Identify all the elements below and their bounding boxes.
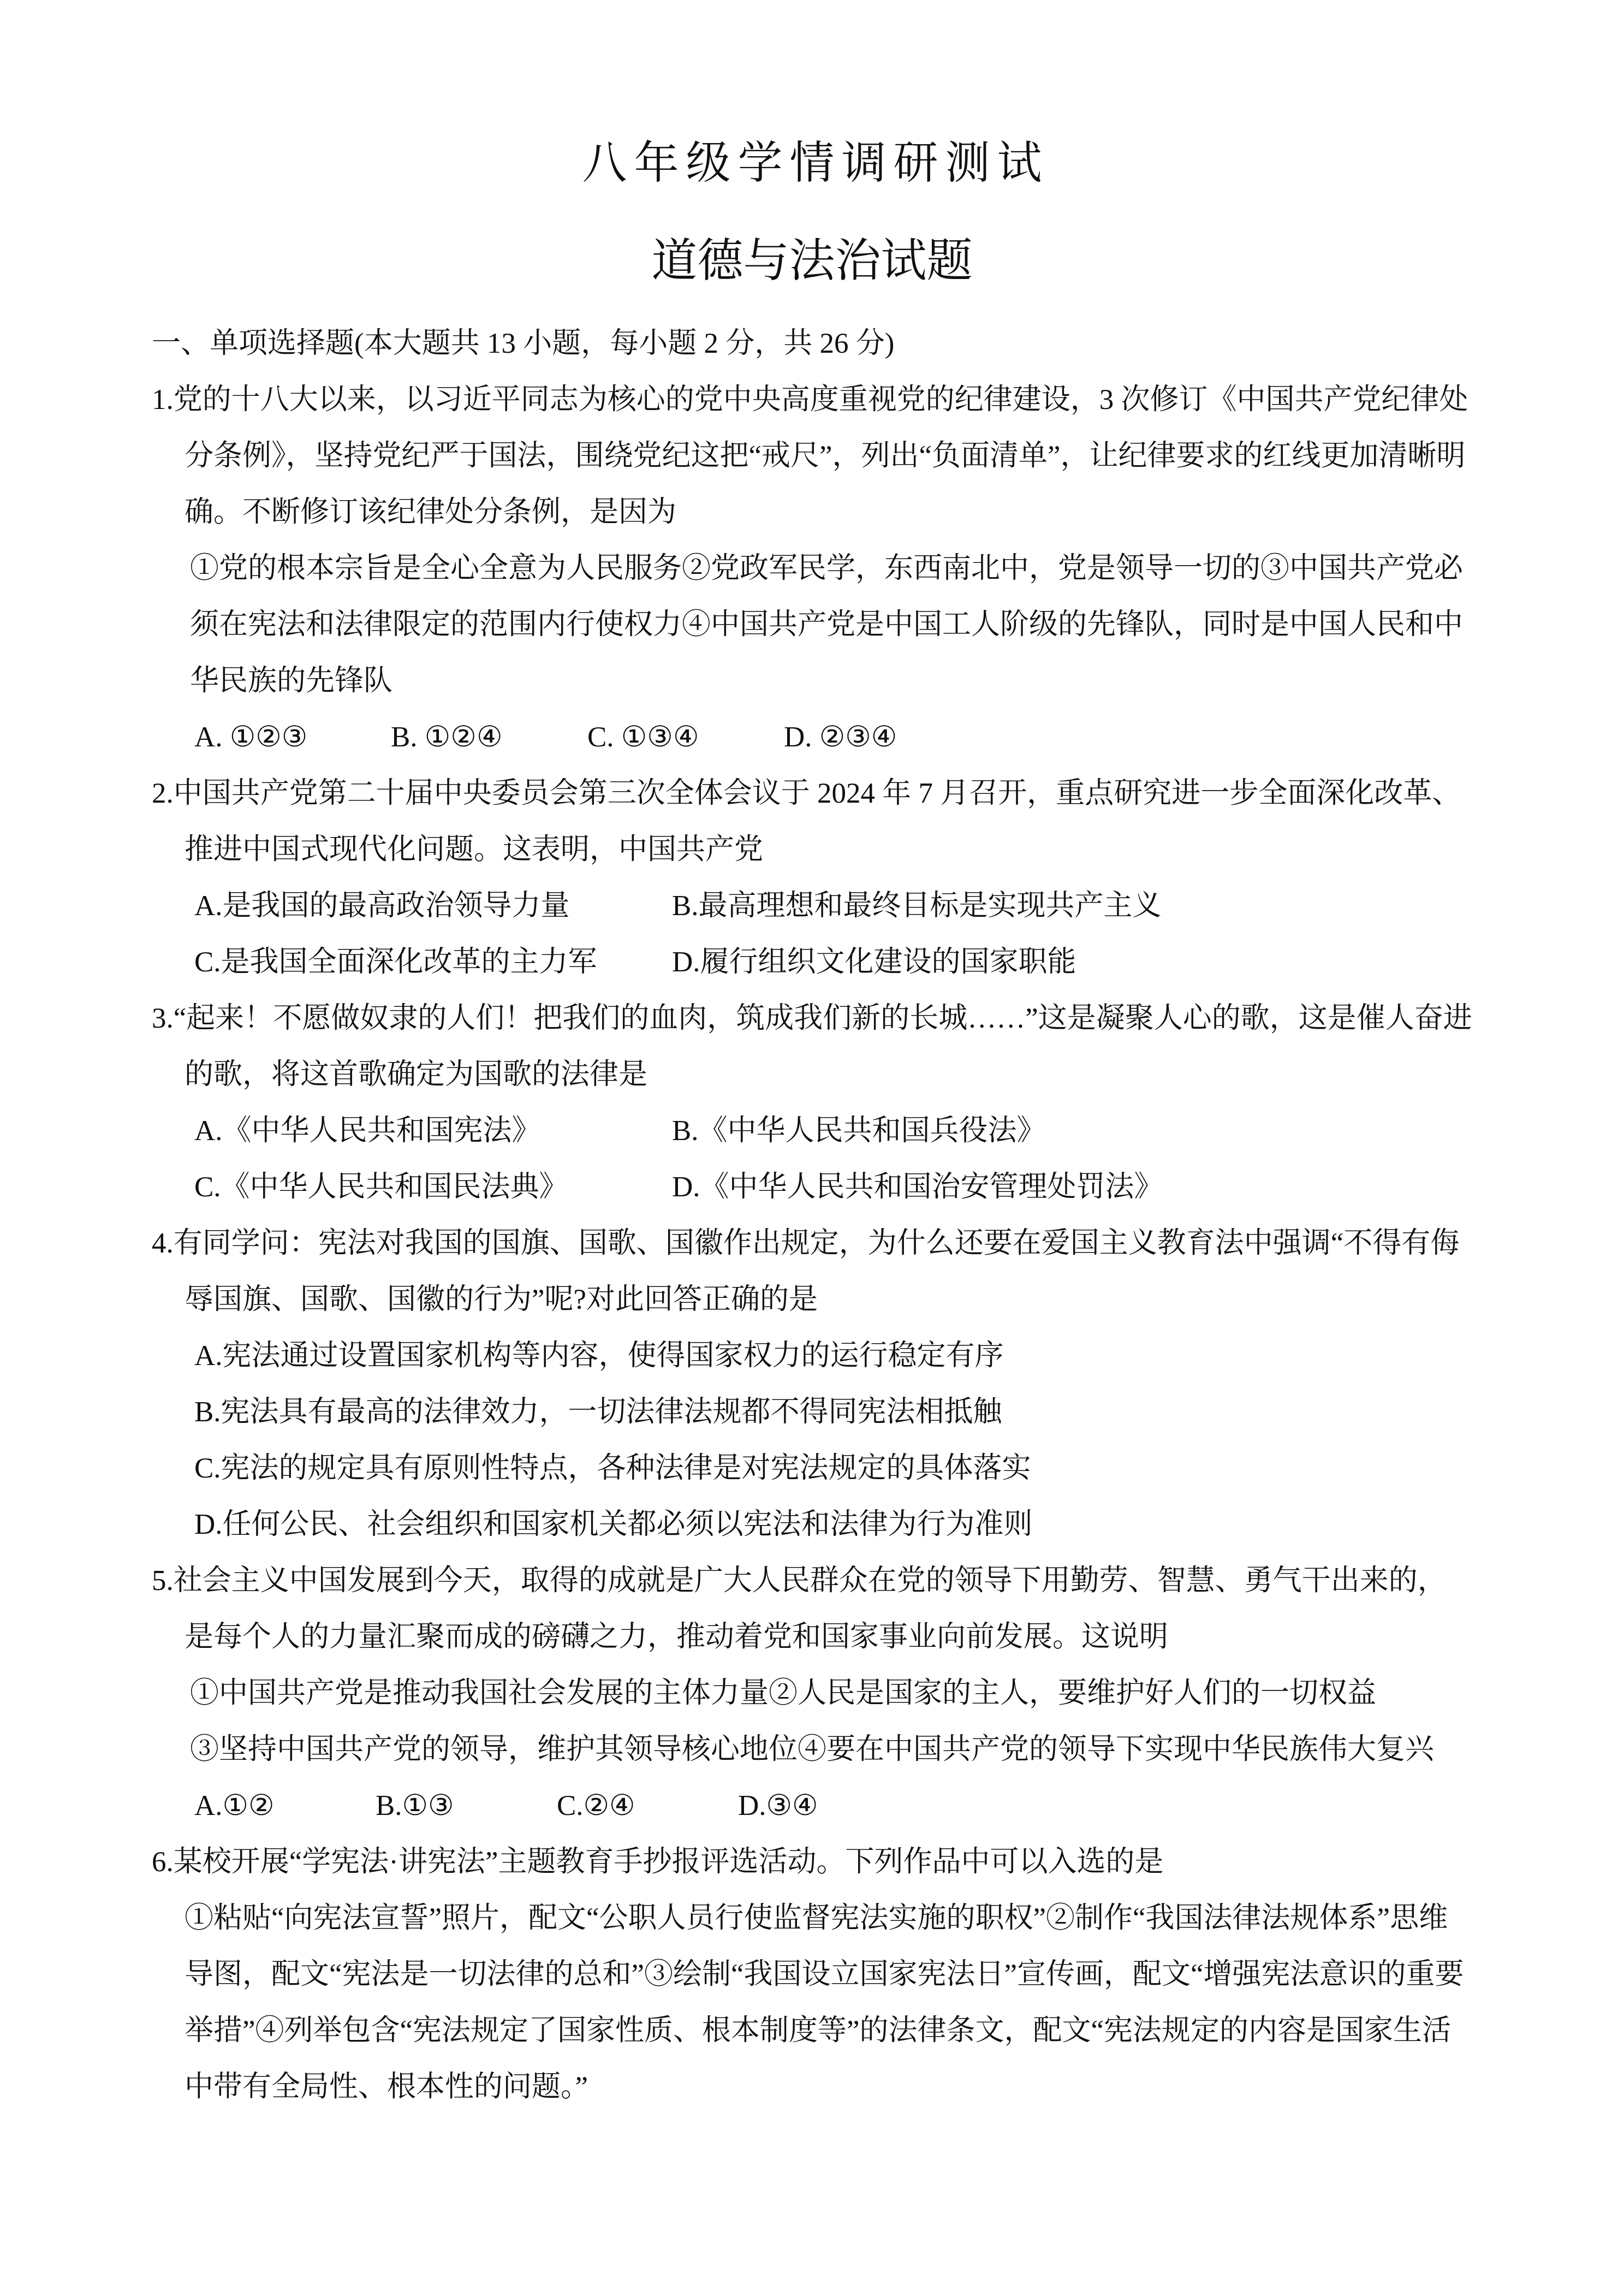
page-subtitle: 道德与法治试题	[0, 235, 1624, 288]
question-5-option-a: A.①②	[194, 1778, 376, 1834]
question-2-stem-line-2: 推进中国式现代化问题。这表明，中国共产党	[152, 822, 1515, 878]
question-6-item-line-2: 导图，配文“宪法是一切法律的总和”③绘制“我国设立国家宪法日”宣传画，配文“增强…	[152, 1947, 1515, 2003]
question-4-option-d: D.任何公民、社会组织和国家机关都必须以宪法和法律为行为准则	[152, 1497, 1515, 1553]
question-1-option-b: B. ①②④	[391, 709, 587, 766]
question-1-options-row: A. ①②③ B. ①②④ C. ①③④ D. ②③④	[152, 709, 1515, 766]
question-2: 2.中国共产党第二十届中央委员会第三次全体会议于 2024 年 7 月召开，重点…	[152, 766, 1515, 990]
question-1-item-line-2: 须在宪法和法律限定的范围内行使权力④中国共产党是中国工人阶级的先锋队，同时是中国…	[152, 597, 1515, 653]
question-2-option-d: D.履行组织文化建设的国家职能	[672, 934, 1076, 990]
exam-paper-page: 八年级学情调研测试 道德与法治试题 一、单项选择题(本大题共 13 小题，每小题…	[0, 0, 1624, 2296]
question-3-option-b: B.《中华人民共和国兵役法》	[672, 1103, 1046, 1159]
question-3-option-c: C.《中华人民共和国民法典》	[194, 1159, 672, 1215]
question-4-stem-line-1: 4.有同学问：宪法对我国的国旗、国歌、国徽作出规定，为什么还要在爱国主义教育法中…	[152, 1215, 1515, 1272]
question-4-stem-line-2: 辱国旗、国歌、国徽的行为”呢?对此回答正确的是	[152, 1272, 1515, 1328]
question-1-option-c: C. ①③④	[587, 709, 784, 766]
question-3-option-a: A.《中华人民共和国宪法》	[194, 1103, 672, 1159]
question-6-stem-line-1: 6.某校开展“学宪法·讲宪法”主题教育手抄报评选活动。下列作品中可以入选的是	[152, 1834, 1515, 1890]
question-3-stem-line-1: 3.“起来！不愿做奴隶的人们！把我们的血肉，筑成我们新的长城……”这是凝聚人心的…	[152, 990, 1515, 1047]
question-1-stem-line-3: 确。不断修订该纪律处分条例，是因为	[152, 484, 1515, 541]
question-6-item-line-1: ①粘贴“向宪法宣誓”照片，配文“公职人员行使监督宪法实施的职权”②制作“我国法律…	[152, 1890, 1515, 1947]
question-4: 4.有同学问：宪法对我国的国旗、国歌、国徽作出规定，为什么还要在爱国主义教育法中…	[152, 1215, 1515, 1553]
question-1-item-line-3: 华民族的先锋队	[152, 653, 1515, 709]
question-3-stem-line-2: 的歌，将这首歌确定为国歌的法律是	[152, 1047, 1515, 1103]
question-3-options-row-2: C.《中华人民共和国民法典》 D.《中华人民共和国治安管理处罚法》	[152, 1159, 1515, 1215]
question-3: 3.“起来！不愿做奴隶的人们！把我们的血肉，筑成我们新的长城……”这是凝聚人心的…	[152, 990, 1515, 1215]
question-6: 6.某校开展“学宪法·讲宪法”主题教育手抄报评选活动。下列作品中可以入选的是 ①…	[152, 1834, 1515, 2115]
question-4-option-a: A.宪法通过设置国家机构等内容，使得国家权力的运行稳定有序	[152, 1328, 1515, 1384]
question-5-item-line-1: ①中国共产党是推动我国社会发展的主体力量②人民是国家的主人，要维护好人们的一切权…	[152, 1665, 1515, 1722]
question-5: 5.社会主义中国发展到今天，取得的成就是广大人民群众在党的领导下用勤劳、智慧、勇…	[152, 1553, 1515, 1834]
question-5-options-row: A.①② B.①③ C.②④ D.③④	[152, 1778, 1515, 1834]
question-4-option-c: C.宪法的规定具有原则性特点，各种法律是对宪法规定的具体落实	[152, 1440, 1515, 1497]
question-5-option-d: D.③④	[738, 1778, 818, 1834]
question-2-option-a: A.是我国的最高政治领导力量	[194, 878, 672, 934]
question-1: 1.党的十八大以来，以习近平同志为核心的党中央高度重视党的纪律建设，3 次修订《…	[152, 372, 1515, 766]
question-1-item-line-1: ①党的根本宗旨是全心全意为人民服务②党政军民学，东西南北中，党是领导一切的③中国…	[152, 541, 1515, 597]
question-6-item-line-4: 中带有全局性、根本性的问题。”	[152, 2059, 1515, 2115]
question-2-options-row-1: A.是我国的最高政治领导力量 B.最高理想和最终目标是实现共产主义	[152, 878, 1515, 934]
page-title: 八年级学情调研测试	[0, 138, 1624, 189]
question-5-stem-line-2: 是每个人的力量汇聚而成的磅礴之力，推动着党和国家事业向前发展。这说明	[152, 1609, 1515, 1665]
question-5-stem-line-1: 5.社会主义中国发展到今天，取得的成就是广大人民群众在党的领导下用勤劳、智慧、勇…	[152, 1553, 1515, 1609]
question-5-option-c: C.②④	[557, 1778, 738, 1834]
question-5-option-b: B.①③	[376, 1778, 557, 1834]
question-3-options-row-1: A.《中华人民共和国宪法》 B.《中华人民共和国兵役法》	[152, 1103, 1515, 1159]
question-1-stem-line-2: 分条例》，坚持党纪严于国法，围绕党纪这把“戒尺”，列出“负面清单”，让纪律要求的…	[152, 428, 1515, 484]
question-1-option-d: D. ②③④	[784, 709, 897, 766]
question-4-option-b: B.宪法具有最高的法律效力，一切法律法规都不得同宪法相抵触	[152, 1384, 1515, 1440]
question-1-option-a: A. ①②③	[194, 709, 391, 766]
question-5-item-line-2: ③坚持中国共产党的领导，维护其领导核心地位④要在中国共产党的领导下实现中华民族伟…	[152, 1722, 1515, 1778]
exam-body: 一、单项选择题(本大题共 13 小题，每小题 2 分，共 26 分) 1.党的十…	[0, 316, 1624, 2115]
question-1-stem-line-1: 1.党的十八大以来，以习近平同志为核心的党中央高度重视党的纪律建设，3 次修订《…	[152, 372, 1515, 428]
question-6-item-line-3: 举措”④列举包含“宪法规定了国家性质、根本制度等”的法律条文，配文“宪法规定的内…	[152, 2003, 1515, 2059]
question-3-option-d: D.《中华人民共和国治安管理处罚法》	[672, 1159, 1163, 1215]
question-2-option-b: B.最高理想和最终目标是实现共产主义	[672, 878, 1162, 934]
section-heading: 一、单项选择题(本大题共 13 小题，每小题 2 分，共 26 分)	[152, 316, 1515, 372]
question-2-options-row-2: C.是我国全面深化改革的主力军 D.履行组织文化建设的国家职能	[152, 934, 1515, 990]
question-2-stem-line-1: 2.中国共产党第二十届中央委员会第三次全体会议于 2024 年 7 月召开，重点…	[152, 766, 1515, 822]
question-2-option-c: C.是我国全面深化改革的主力军	[194, 934, 672, 990]
